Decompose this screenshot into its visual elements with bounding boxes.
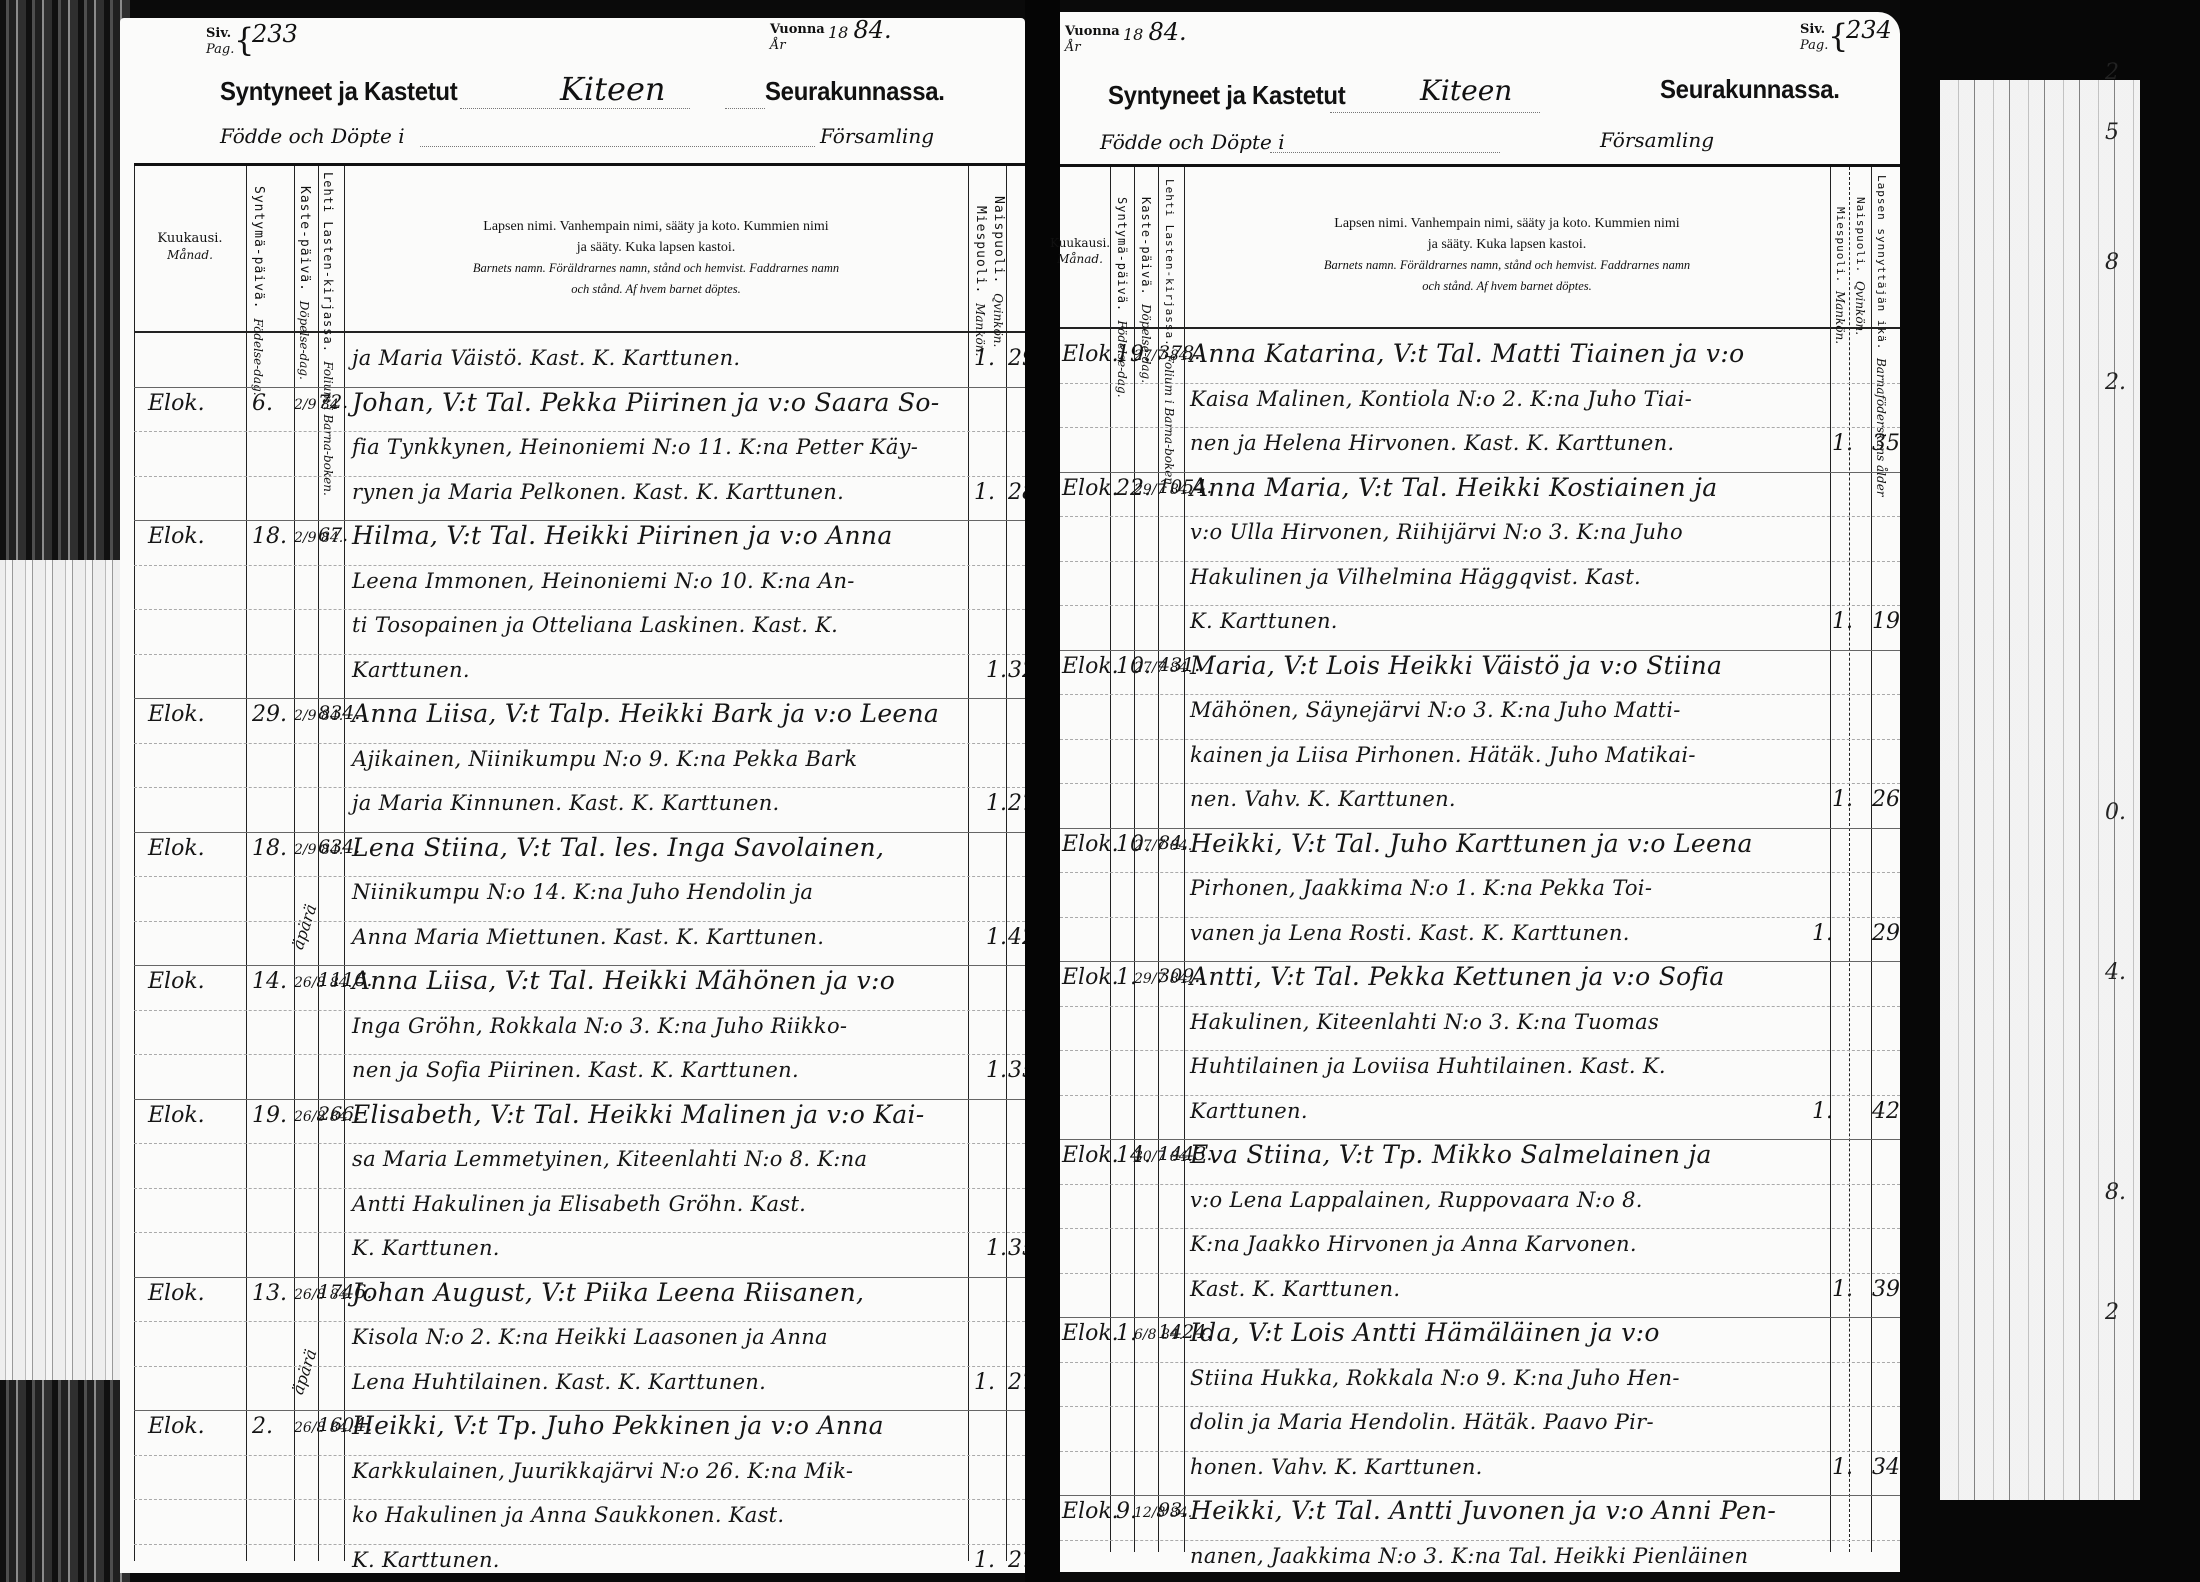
ruled-line xyxy=(1060,783,1900,784)
parish-name: Kiteen xyxy=(1420,74,1512,107)
female-count: 1. xyxy=(986,1058,1007,1083)
female-count: 1. xyxy=(986,1236,1007,1261)
entry-text-line: Antti Hakulinen ja Elisabeth Gröhn. Kast… xyxy=(352,1192,806,1216)
year-label-fi: Vuonna xyxy=(1065,24,1120,39)
female-count: 1. xyxy=(986,925,1007,950)
edge-number: 2. xyxy=(2105,370,2126,395)
col-header-month: Kuukausi.Månad. xyxy=(134,231,246,263)
edge-number: 2 xyxy=(2105,1300,2119,1325)
entry-text-line: K. Karttunen. xyxy=(1190,609,1338,633)
entry-birth-day: 18. xyxy=(252,836,287,861)
entry-text-line: ti Tosopainen ja Otteliana Laskinen. Kas… xyxy=(352,613,838,637)
col-header-birth-day: Syntymä-päivä. Födelse-dag. xyxy=(250,186,266,326)
entry-text-line: nanen, Jaakkima N:o 3. K:na Tal. Heikki … xyxy=(1190,1544,1748,1568)
col-header-female: Naispuoli. Qvinkön. xyxy=(1852,197,1868,327)
entry-month: Elok. xyxy=(1062,342,1119,367)
col-header-birth-day: Syntymä-päivä. Födelse-dag. xyxy=(1114,197,1129,322)
page-number-block: Siv. Pag. { 233 xyxy=(206,26,234,58)
entry-text-line: Karkkulainen, Juurikkajärvi N:o 26. K:na… xyxy=(352,1459,853,1483)
year-value: 18 84. xyxy=(828,22,892,41)
parish-dotted-line xyxy=(1330,112,1540,113)
ruled-line xyxy=(1060,516,1900,517)
scan-border-left-fade xyxy=(0,560,130,1380)
register-table-right: Kuukausi.Månad. Syntymä-päivä. Födelse-d… xyxy=(1060,164,1900,1552)
entry-birth-day: 2. xyxy=(252,1414,273,1439)
title-fi-suffix: Seurakunnassa. xyxy=(765,76,945,107)
entry-text-line: Lena Stiina, V:t Tal. les. Inga Savolain… xyxy=(352,833,884,862)
col-header-female: Naispuoli. Qvinkön. xyxy=(990,196,1006,326)
entry-text-line: nen ja Helena Hirvonen. Kast. K. Karttun… xyxy=(1190,431,1674,455)
entry-text-line: Anna Maria Miettunen. Kast. K. Karttunen… xyxy=(352,925,824,949)
edge-number: 4. xyxy=(2105,960,2126,985)
title-sv: Födde och Döpte i xyxy=(1100,130,1285,154)
ruled-line xyxy=(134,565,1025,566)
entry-text-line: Karttunen. xyxy=(1190,1099,1308,1123)
col-header-main: Lapsen nimi. Vanhempain nimi, sääty ja k… xyxy=(344,216,968,300)
entry-text-line: Elisabeth, V:t Tal. Heikki Malinen ja v:… xyxy=(352,1100,925,1129)
entry-text-line: v:o Lena Lappalainen, Ruppovaara N:o 8. xyxy=(1190,1188,1643,1212)
left-page: Siv. Pag. { 233 Vuonna År 18 84. Syntyne… xyxy=(120,18,1025,1573)
female-count: 1. xyxy=(986,658,1007,683)
entry-text-line: Eva Stiina, V:t Tp. Mikko Salmelainen ja xyxy=(1190,1140,1712,1169)
ruled-line xyxy=(134,1054,1025,1055)
ruled-line xyxy=(1060,561,1900,562)
title-fi: Syntyneet ja Kastetut xyxy=(220,76,457,107)
entry-text-line: Stiina Hukka, Rokkala N:o 9. K:na Juho H… xyxy=(1190,1366,1680,1390)
ruled-line xyxy=(1060,1050,1900,1051)
page-label-fi: Siv. xyxy=(1800,22,1825,37)
ruled-line xyxy=(134,1010,1025,1011)
page-number: 233 xyxy=(252,26,298,42)
female-count: 1. xyxy=(1832,787,1853,812)
female-count: 1. xyxy=(986,791,1007,816)
col-header-folio: Lehti Lasten-kirjassa. Folium i Barna-bo… xyxy=(320,172,335,327)
col-header-baptism-day: Kaste-päivä. Döpelse-dag. xyxy=(1138,197,1153,322)
entry-folio: 93. xyxy=(1158,1499,1188,1521)
ruled-line xyxy=(1060,1540,1900,1541)
entry-text-line: Kaisa Malinen, Kontiola N:o 2. K:na Juho… xyxy=(1190,387,1692,411)
col-header-month: Kuukausi.Månad. xyxy=(1050,235,1110,267)
entry-text-line: ko Hakulinen ja Anna Saukkonen. Kast. xyxy=(352,1503,784,1527)
register-table-left: Kuukausi.Månad. Syntymä-päivä. Födelse-d… xyxy=(134,163,1025,1561)
mother-age: 19 xyxy=(1872,609,1900,634)
title-sv-suffix: Församling xyxy=(1600,128,1714,152)
entry-text-line: Lena Huhtilainen. Kast. K. Karttunen. xyxy=(352,1370,766,1394)
entry-text-line: Anna Maria, V:t Tal. Heikki Kostiainen j… xyxy=(1190,473,1717,502)
male-count: 1. xyxy=(974,1370,995,1395)
mother-age: 35 xyxy=(1872,431,1900,456)
edge-number: 0. xyxy=(2105,800,2126,825)
female-count: 1. xyxy=(1832,1455,1853,1480)
entry-folio: 67. xyxy=(318,524,348,546)
entry-text-line: Maria, V:t Lois Heikki Väistö ja v:o Sti… xyxy=(1190,651,1722,680)
ruled-line xyxy=(1060,1184,1900,1185)
entry-month: Elok. xyxy=(148,969,205,994)
year-block: Vuonna År 18 84. xyxy=(770,22,825,54)
entry-text-line: vanen ja Lena Rosti. Kast. K. Karttunen. xyxy=(1190,921,1630,945)
entry-month: Elok. xyxy=(1062,1499,1119,1524)
ruled-line xyxy=(1060,1362,1900,1363)
ruled-line xyxy=(1060,1228,1900,1229)
ruled-line xyxy=(1060,872,1900,873)
entry-month: Elok. xyxy=(1062,832,1119,857)
col-header-mother-age: Lapsen synnyttäjän ikä. Barnaföderskans … xyxy=(1873,175,1889,325)
entry-text-line: Ida, V:t Lois Antti Hämäläinen ja v:o xyxy=(1190,1318,1660,1347)
ruled-line xyxy=(1060,427,1900,428)
ruled-line xyxy=(134,654,1025,655)
ruled-line xyxy=(134,431,1025,432)
ruled-line xyxy=(134,1143,1025,1144)
right-page: Vuonna År 18 84. Siv. Pag. { 234 Syntyne… xyxy=(1060,12,1900,1572)
entry-text-line: Hilma, V:t Tal. Heikki Piirinen ja v:o A… xyxy=(352,521,893,550)
entry-month: Elok. xyxy=(148,702,205,727)
entry-birth-day: 6. xyxy=(252,391,273,416)
entry-text-line: Inga Gröhn, Rokkala N:o 3. K:na Juho Rii… xyxy=(352,1014,847,1038)
entry-text-line: kainen ja Liisa Pirhonen. Hätäk. Juho Ma… xyxy=(1190,743,1696,767)
entry-month: Elok. xyxy=(1062,654,1119,679)
ruled-line xyxy=(134,876,1025,877)
entry-text-line: Kast. K. Karttunen. xyxy=(1190,1277,1400,1301)
ruled-line xyxy=(134,1232,1025,1233)
ruled-line xyxy=(1060,1451,1900,1452)
entry-text-line: Karttunen. xyxy=(352,658,470,682)
page-number-block: Siv. Pag. { 234 xyxy=(1800,22,1828,54)
year-label-sv: År xyxy=(1065,40,1120,56)
entry-text-line: fia Tynkkynen, Heinoniemi N:o 11. K:na P… xyxy=(352,435,918,459)
entry-text-line: Hakulinen ja Vilhelmina Häggqvist. Kast. xyxy=(1190,565,1641,589)
entry-text-line: K. Karttunen. xyxy=(352,1548,500,1572)
entry-text-line: Huhtilainen ja Loviisa Huhtilainen. Kast… xyxy=(1190,1054,1666,1078)
entry-text-line: rynen ja Maria Pelkonen. Kast. K. Karttu… xyxy=(352,480,844,504)
entry-text-line: Heikki, V:t Tp. Juho Pekkinen ja v:o Ann… xyxy=(352,1411,884,1440)
col-header-main: Lapsen nimi. Vanhempain nimi, sääty ja k… xyxy=(1184,213,1830,297)
year-value: 18 84. xyxy=(1123,24,1187,43)
ruled-line xyxy=(1060,605,1900,606)
male-count: 1. xyxy=(974,346,995,371)
ruled-line xyxy=(134,476,1025,477)
year-label-fi: Vuonna xyxy=(770,22,825,37)
entry-text-line: Anna Liisa, V:t Talp. Heikki Bark ja v:o… xyxy=(352,699,939,728)
page-number: 234 xyxy=(1846,22,1892,38)
ruled-line xyxy=(134,609,1025,610)
entry-text-line: K:na Jaakko Hirvonen ja Anna Karvonen. xyxy=(1190,1232,1637,1256)
col-header-male: Miespuoli. Mankön. xyxy=(972,206,988,326)
entry-text-line: nen ja Sofia Piirinen. Kast. K. Karttune… xyxy=(352,1058,799,1082)
entry-text-line: Antti, V:t Tal. Pekka Kettunen ja v:o So… xyxy=(1190,962,1725,991)
entry-text-line: Johan August, V:t Piika Leena Riisanen, xyxy=(352,1278,864,1307)
entry-month: Elok. xyxy=(148,836,205,861)
ruled-line xyxy=(134,787,1025,788)
entry-month: Elok. xyxy=(148,1414,205,1439)
entry-month: Elok. xyxy=(148,524,205,549)
adjacent-page-edge: 2582.0.4.8.2 xyxy=(1900,0,2200,1582)
entry-month: Elok. xyxy=(148,1103,205,1128)
illegitimate-note: äpärä xyxy=(288,1346,320,1396)
illegitimate-note: äpärä xyxy=(288,901,320,951)
entry-birth-day: 13. xyxy=(252,1281,287,1306)
male-count: 1. xyxy=(1812,921,1833,946)
title-sv: Födde och Döpte i xyxy=(220,124,405,148)
ruled-line xyxy=(134,1366,1025,1367)
entry-month: Elok. xyxy=(148,391,205,416)
entry-month: Elok. xyxy=(1062,1143,1119,1168)
entry-text-line: Pirhonen, Jaakkima N:o 1. K:na Pekka Toi… xyxy=(1190,876,1652,900)
col-header-folio: Lehti Lasten-kirjassa. Folium i Barna-bo… xyxy=(1161,179,1177,324)
dotted-line xyxy=(1270,152,1500,153)
ruled-line xyxy=(1060,917,1900,918)
entry-month: Elok. xyxy=(1062,476,1119,501)
ruled-line xyxy=(1060,694,1900,695)
title-fi: Syntyneet ja Kastetut xyxy=(1108,80,1345,111)
entry-text-line: Ajikainen, Niinikumpu N:o 9. K:na Pekka … xyxy=(352,747,857,771)
entry-text-line: sa Maria Lemmetyinen, Kiteenlahti N:o 8.… xyxy=(352,1147,867,1171)
entry-text-line: ja Maria Kinnunen. Kast. K. Karttunen. xyxy=(352,791,780,815)
entry-month: Elok. xyxy=(1062,1321,1119,1346)
male-count: 1. xyxy=(974,480,995,505)
ruled-line xyxy=(1060,739,1900,740)
entry-text-line: honen. Vahv. K. Karttunen. xyxy=(1190,1455,1483,1479)
adjacent-page-strip xyxy=(1940,80,2140,1500)
entry-text-line: nen. Vahv. K. Karttunen. xyxy=(1190,787,1456,811)
female-count: 1. xyxy=(1832,431,1853,456)
edge-number: 8. xyxy=(2105,1180,2126,1205)
entry-birth-day: 19. xyxy=(252,1103,287,1128)
entry-text-line: Johan, V:t Tal. Pekka Piirinen ja v:o Sa… xyxy=(352,388,940,417)
entry-folio: 84. xyxy=(1158,832,1188,854)
col-header-male: Miespuoli. Mankön. xyxy=(1832,207,1848,327)
entry-month: Elok. xyxy=(148,1281,205,1306)
entry-text-line: Anna Katarina, V:t Tal. Matti Tiainen ja… xyxy=(1190,339,1744,368)
ruled-line xyxy=(134,1455,1025,1456)
edge-number: 5 xyxy=(2105,120,2119,145)
entry-text-line: Niinikumpu N:o 14. K:na Juho Hendolin ja xyxy=(352,880,813,904)
female-count: 1. xyxy=(1832,1277,1853,1302)
entry-folio: 72. xyxy=(318,391,348,413)
dotted-line xyxy=(420,146,815,147)
entry-text-line: Leena Immonen, Heinoniemi N:o 10. K:na A… xyxy=(352,569,855,593)
edge-number: 8 xyxy=(2105,250,2119,275)
ruled-line xyxy=(134,921,1025,922)
entry-text-line: v:o Ulla Hirvonen, Riihijärvi N:o 3. K:n… xyxy=(1190,520,1683,544)
year-block: Vuonna År 18 84. xyxy=(1065,24,1120,56)
title-fi-suffix: Seurakunnassa. xyxy=(1660,74,1840,105)
female-count: 1. xyxy=(1832,609,1853,634)
ruled-line xyxy=(134,1188,1025,1189)
entry-text-line: Hakulinen, Kiteenlahti N:o 3. K:na Tuoma… xyxy=(1190,1010,1659,1034)
ruled-line xyxy=(134,1499,1025,1500)
year-label-sv: År xyxy=(770,38,825,54)
entry-month: Elok. xyxy=(1062,965,1119,990)
title-sv-suffix: Församling xyxy=(820,124,934,148)
edge-number: 2 xyxy=(2105,60,2119,85)
page-label-sv: Pag. xyxy=(1800,38,1828,54)
entry-text-line: dolin ja Maria Hendolin. Hätäk. Paavo Pi… xyxy=(1190,1410,1654,1434)
page-label-sv: Pag. xyxy=(206,42,234,58)
dotted-line xyxy=(725,108,765,109)
entry-birth-day: 29. xyxy=(252,702,287,727)
entry-text-line: Anna Liisa, V:t Tal. Heikki Mähönen ja v… xyxy=(352,966,895,995)
entry-text-line: Kisola N:o 2. K:na Heikki Laasonen ja An… xyxy=(352,1325,828,1349)
ruled-line xyxy=(1060,383,1900,384)
ruled-line xyxy=(1060,1006,1900,1007)
entry-text-line: Mähönen, Säynejärvi N:o 3. K:na Juho Mat… xyxy=(1190,698,1681,722)
male-count: 1. xyxy=(974,1548,995,1573)
male-count: 1. xyxy=(1812,1099,1833,1124)
ruled-line xyxy=(1060,1273,1900,1274)
ruled-line xyxy=(1060,1095,1900,1096)
col-header-baptism-day: Kaste-päivä. Döpelse-dag. xyxy=(296,186,312,326)
parish-dotted-line xyxy=(460,108,690,109)
ruled-line xyxy=(1060,1406,1900,1407)
entry-birth-day: 18. xyxy=(252,524,287,549)
page-label-fi: Siv. xyxy=(206,26,231,41)
entry-text-line: K. Karttunen. xyxy=(352,1236,500,1260)
entry-birth-day: 14. xyxy=(252,969,287,994)
entry-text-line: Heikki, V:t Tal. Antti Juvonen ja v:o An… xyxy=(1190,1496,1776,1525)
ruled-line xyxy=(134,1544,1025,1545)
ruled-line xyxy=(134,743,1025,744)
ruled-line xyxy=(134,1321,1025,1322)
entry-text-line: Heikki, V:t Tal. Juho Karttunen ja v:o L… xyxy=(1190,829,1753,858)
parish-name: Kiteen xyxy=(560,70,665,108)
entry-text-line: ja Maria Väistö. Kast. K. Karttunen. xyxy=(352,346,740,370)
